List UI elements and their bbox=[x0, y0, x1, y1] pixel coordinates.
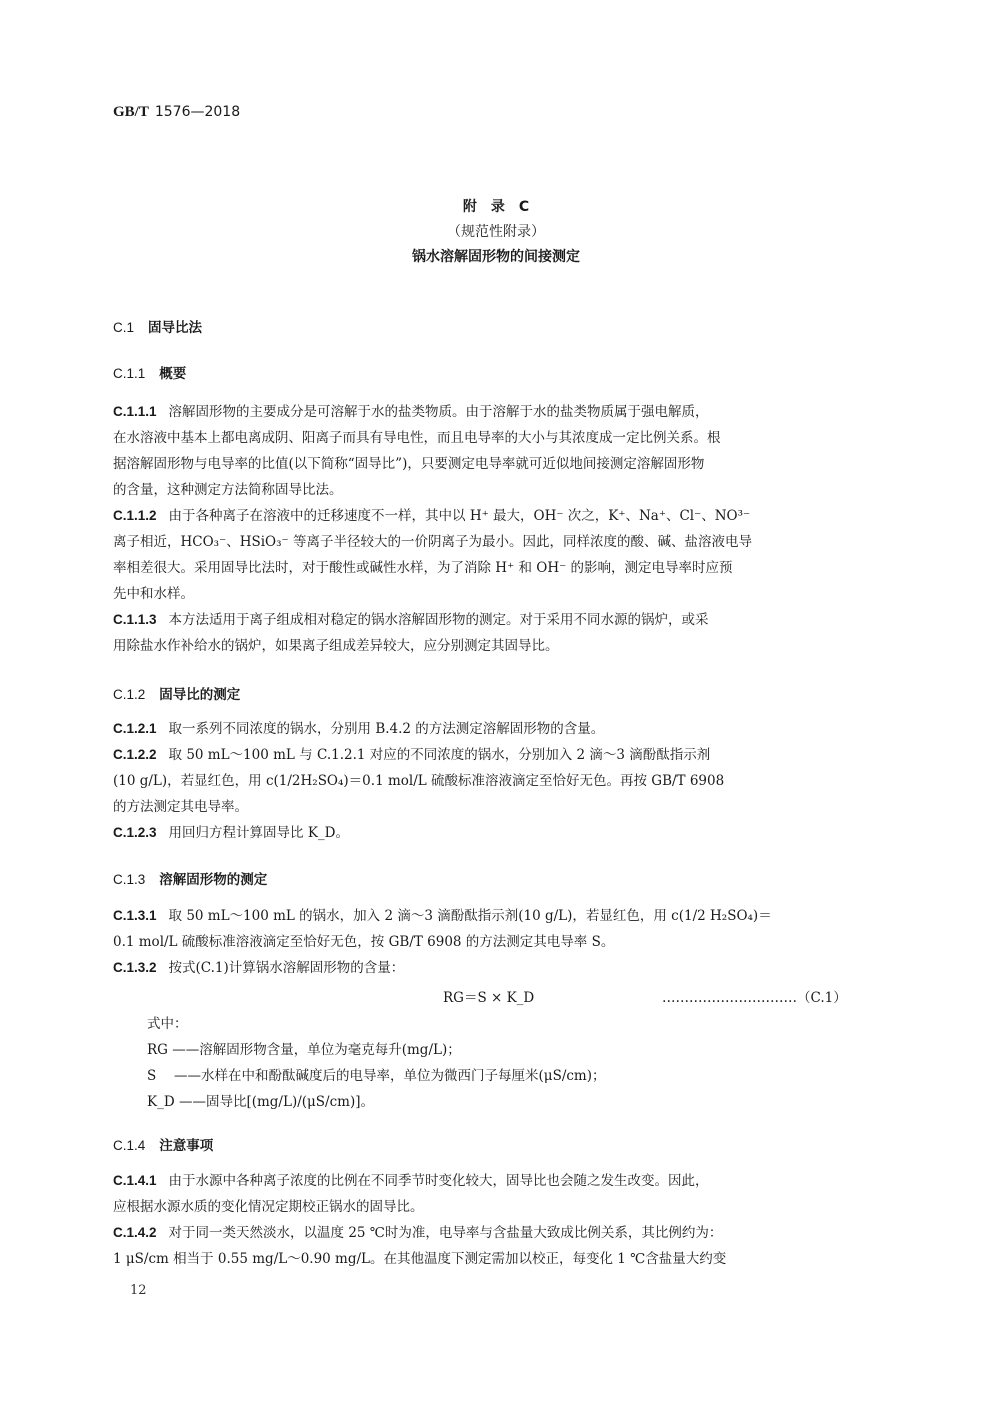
formula-c1: RG＝S × K_D bbox=[443, 986, 534, 1006]
clause-c112: C.1.1.2由于各种离子在溶液中的迁移速度不一样，其中以 H⁺ 最大，OH⁻ … bbox=[113, 503, 881, 607]
standard-prefix: GB/T bbox=[113, 104, 149, 120]
heading-c14: C.1.4注意事项 bbox=[113, 1134, 213, 1154]
standard-number: 1576—2018 bbox=[155, 104, 240, 120]
clause-c123: C.1.2.3用回归方程计算固导比 K_D。 bbox=[113, 820, 881, 846]
heading-c13: C.1.3溶解固形物的测定 bbox=[113, 868, 267, 888]
clause-c141: C.1.4.1由于水源中各种离子浓度的比例在不同季节时变化较大，固导比也会随之发… bbox=[113, 1168, 881, 1220]
appendix-type: （规范性附录） bbox=[0, 221, 992, 241]
appendix-title: 附 录 C bbox=[0, 196, 992, 216]
heading-c12: C.1.2固导比的测定 bbox=[113, 683, 240, 703]
clause-c121: C.1.2.1取一系列不同浓度的锅水，分别用 B.4.2 的方法测定溶解固形物的… bbox=[113, 716, 881, 742]
appendix-name: 锅水溶解固形物的间接测定 bbox=[0, 246, 992, 266]
clause-c113: C.1.1.3本方法适用于离子组成相对稳定的锅水溶解固形物的测定。对于采用不同水… bbox=[113, 607, 881, 659]
where-item-s: S ——水样在中和酚酞碱度后的电导率，单位为微西门子每厘米(μS/cm)； bbox=[147, 1063, 606, 1089]
where-label: 式中： bbox=[147, 1011, 188, 1037]
page-number: 12 bbox=[130, 1283, 147, 1298]
clause-c111: C.1.1.1溶解固形物的主要成分是可溶解于水的盐类物质。由于溶解于水的盐类物质… bbox=[113, 399, 881, 503]
heading-c11: C.1.1概要 bbox=[113, 362, 186, 382]
clause-c142: C.1.4.2对于同一类天然淡水，以温度 25 ℃时为准，电导率与含盐量大致成比… bbox=[113, 1220, 881, 1272]
heading-c1: C.1固导比法 bbox=[113, 316, 202, 336]
where-item-rg: RG ——溶解固形物含量，单位为毫克每升(mg/L)； bbox=[147, 1037, 461, 1063]
equation-number: …………………………（C.1） bbox=[662, 986, 847, 1006]
clause-c131: C.1.3.1取 50 mL～100 mL 的锅水，加入 2 滴～3 滴酚酞指示… bbox=[113, 903, 881, 955]
clause-c122: C.1.2.2取 50 mL～100 mL 与 C.1.2.1 对应的不同浓度的… bbox=[113, 742, 881, 820]
standard-header: GB/T1576—2018 bbox=[113, 104, 240, 121]
clause-c132: C.1.3.2按式(C.1)计算锅水溶解固形物的含量： bbox=[113, 955, 881, 981]
where-item-kd: K_D ——固导比[(mg/L)/(μS/cm)]。 bbox=[147, 1089, 374, 1115]
